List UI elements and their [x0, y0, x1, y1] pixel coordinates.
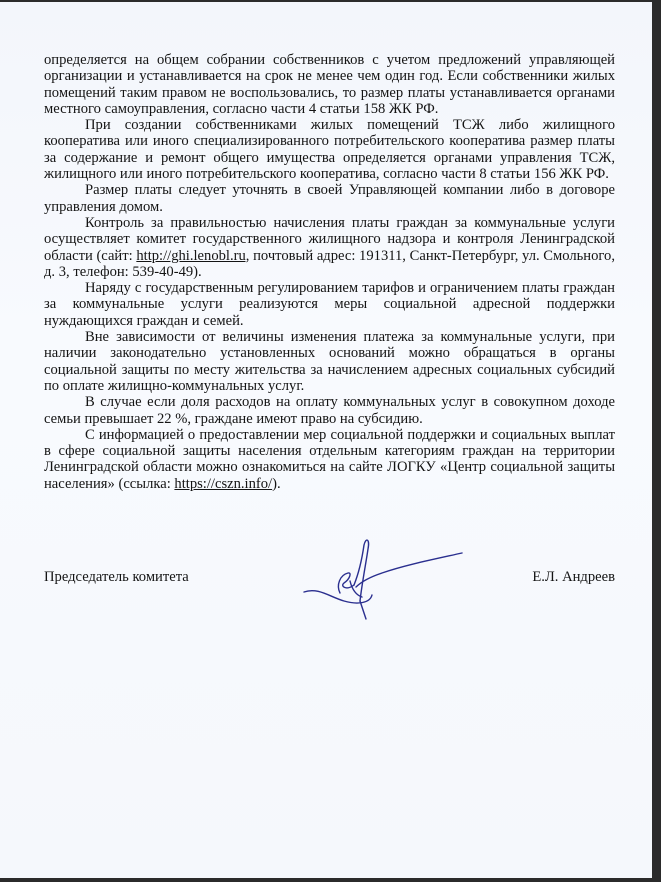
- paragraph-text: При создании собственниками жилых помеще…: [44, 117, 615, 182]
- paragraph: определяется на общем собрании собственн…: [44, 52, 615, 117]
- paragraph: В случае если доля расходов на оплату ко…: [44, 394, 615, 427]
- signature-block: Председатель комитета Е.Л. Андреев: [44, 565, 615, 625]
- paragraph-text: Размер платы следует уточнять в своей Уп…: [44, 182, 615, 214]
- paragraph: При создании собственниками жилых помеще…: [44, 117, 615, 182]
- paragraph: Вне зависимости от величины изменения пл…: [44, 329, 615, 394]
- letter-body: определяется на общем собрании собственн…: [44, 52, 615, 492]
- paragraph: Наряду с государственным регулированием …: [44, 280, 615, 329]
- paragraph-text: В случае если доля расходов на оплату ко…: [44, 394, 615, 426]
- hyperlink[interactable]: https://cszn.info/: [174, 476, 272, 492]
- signature-icon: [300, 535, 465, 620]
- signatory-name: Е.Л. Андреев: [532, 569, 615, 586]
- paragraph-text: Наряду с государственным регулированием …: [44, 280, 615, 329]
- paragraph-text: ).: [272, 476, 281, 492]
- paragraph: С информацией о предоставлении мер социа…: [44, 427, 615, 492]
- paragraph-text: определяется на общем собрании собственн…: [44, 52, 615, 117]
- paragraph-text: Вне зависимости от величины изменения пл…: [44, 329, 615, 394]
- signatory-title: Председатель комитета: [44, 569, 189, 586]
- hyperlink[interactable]: http://ghi.lenobl.ru,: [136, 248, 249, 264]
- paragraph: Размер платы следует уточнять в своей Уп…: [44, 182, 615, 215]
- paragraph: Контроль за правильностью начисления пла…: [44, 215, 615, 280]
- document-page: определяется на общем собрании собственн…: [0, 2, 652, 878]
- paragraph-text: С информацией о предоставлении мер социа…: [44, 427, 615, 492]
